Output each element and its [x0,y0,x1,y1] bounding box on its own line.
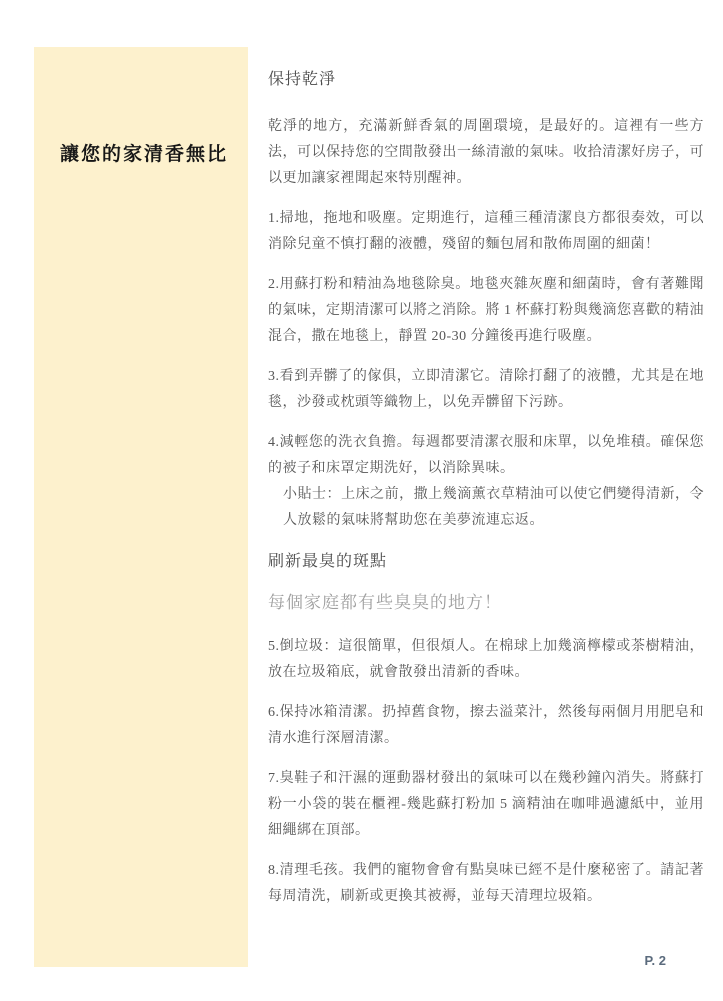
tip-note: 小貼士：上床之前，撒上幾滴薰衣草精油可以使它們變得清新，令人放鬆的氣味將幫助您在… [268,482,704,534]
document-title: 讓您的家清香無比 [60,139,228,166]
sidebar-panel: 讓您的家清香無比 [34,47,248,967]
document-page: 讓您的家清香無比 保持乾淨 乾淨的地方，充滿新鮮香氣的周圍環境，是最好的。這裡有… [0,0,723,1001]
intro-paragraph: 乾淨的地方，充滿新鮮香氣的周圍環境，是最好的。這裡有一些方法，可以保持您的空間散… [268,114,704,192]
tip-item-4: 4.減輕您的洗衣負擔。每週都要清潔衣服和床單，以免堆積。確保您的被子和床罩定期洗… [268,430,704,482]
tip-item-5: 5.倒垃圾：這很簡單，但很煩人。在棉球上加幾滴檸檬或茶樹精油，放在垃圾箱底，就會… [268,634,704,686]
page-number: P. 2 [645,953,666,968]
tip-item-8: 8.清理毛孩。我們的寵物會會有點臭味已經不是什麼秘密了。請記著每周清洗，刷新或更… [268,858,704,910]
tip-item-6: 6.保持冰箱清潔。扔掉舊食物，擦去溢菜汁，然後每兩個月用肥皂和清水進行深層清潔。 [268,700,704,752]
tip-item-2: 2.用蘇打粉和精油為地毯除臭。地毯夾雜灰塵和細菌時，會有著難聞的氣味，定期清潔可… [268,272,704,350]
content-column: 保持乾淨 乾淨的地方，充滿新鮮香氣的周圍環境，是最好的。這裡有一些方法，可以保持… [268,66,704,924]
tip-item-7: 7.臭鞋子和汗濕的運動器材發出的氣味可以在幾秒鐘內消失。將蘇打粉一小袋的裝在櫃裡… [268,766,704,844]
section2-subheading: 每個家庭都有些臭臭的地方！ [268,591,704,615]
tip-item-1: 1.掃地，拖地和吸塵。定期進行，這種三種清潔良方都很奏效，可以消除兒童不慎打翻的… [268,206,704,258]
tip-item-3: 3.看到弄髒了的傢俱，立即清潔它。清除打翻了的液體，尤其是在地毯，沙發或枕頭等織… [268,364,704,416]
section2-heading: 刷新最臭的斑點 [268,548,704,571]
section1-heading: 保持乾淨 [268,66,704,89]
